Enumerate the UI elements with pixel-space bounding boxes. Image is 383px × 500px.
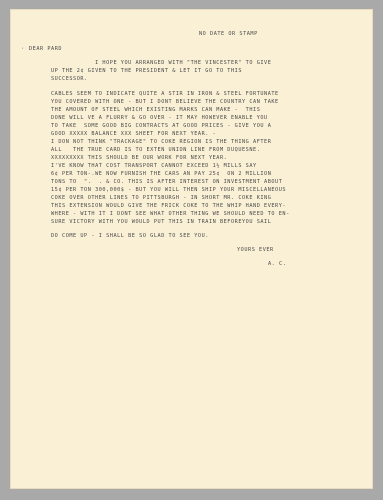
signature: A. C. <box>268 261 286 267</box>
body-line: all The true card is to exten Union Line… <box>51 147 260 153</box>
salutation: Dear Pard <box>29 46 62 52</box>
body-line: I hope you arranged with "The Vincester"… <box>51 60 271 66</box>
body-line: 6¢ per ton-.we now furnish the cars an p… <box>51 171 271 177</box>
header-note: No date or stamp <box>199 31 258 37</box>
body-line: to take some good big contracts at good … <box>51 123 271 129</box>
body-line: I've know that cost transport cannot exc… <box>51 163 257 169</box>
body-line: tons to ". . & Co. this is after interes… <box>51 179 282 185</box>
body-line: done will ve a flurry & go over - It may… <box>51 115 268 121</box>
body-line: 15¢ per ton 300,000$ - but you will then… <box>51 187 286 193</box>
bullet-mark: · <box>21 46 25 52</box>
letter-page: No date or stamp · Dear Pard I hope you … <box>11 10 372 488</box>
body-line: Do come up - I shall be so glad to see y… <box>51 233 209 239</box>
body-line: sure victory with you would put this in … <box>51 219 271 225</box>
body-line: XXXXXXXXX this should be our work for ne… <box>51 155 227 161</box>
body-line: Coke over other lines to Pittsburgh - In… <box>51 195 271 201</box>
body-line: successor. <box>51 76 88 82</box>
body-line: you covered with one - but I dont believ… <box>51 99 279 105</box>
body-line: good XXXXX balance XXX sheet for next ye… <box>51 131 216 137</box>
body-line: I don not think "Trackage" to Coke regio… <box>51 139 271 145</box>
body-line: where - with it I dont see what other th… <box>51 211 290 217</box>
body-line: Cables seem to indicate quite a stir in … <box>51 91 279 97</box>
closing: Yours ever <box>237 247 274 253</box>
body-line: the amount of Steel which existing marks… <box>51 107 260 113</box>
body-line: up the 2¢ given to the President & let i… <box>51 68 242 74</box>
body-line: this extension would give the Frick Coke… <box>51 203 286 209</box>
